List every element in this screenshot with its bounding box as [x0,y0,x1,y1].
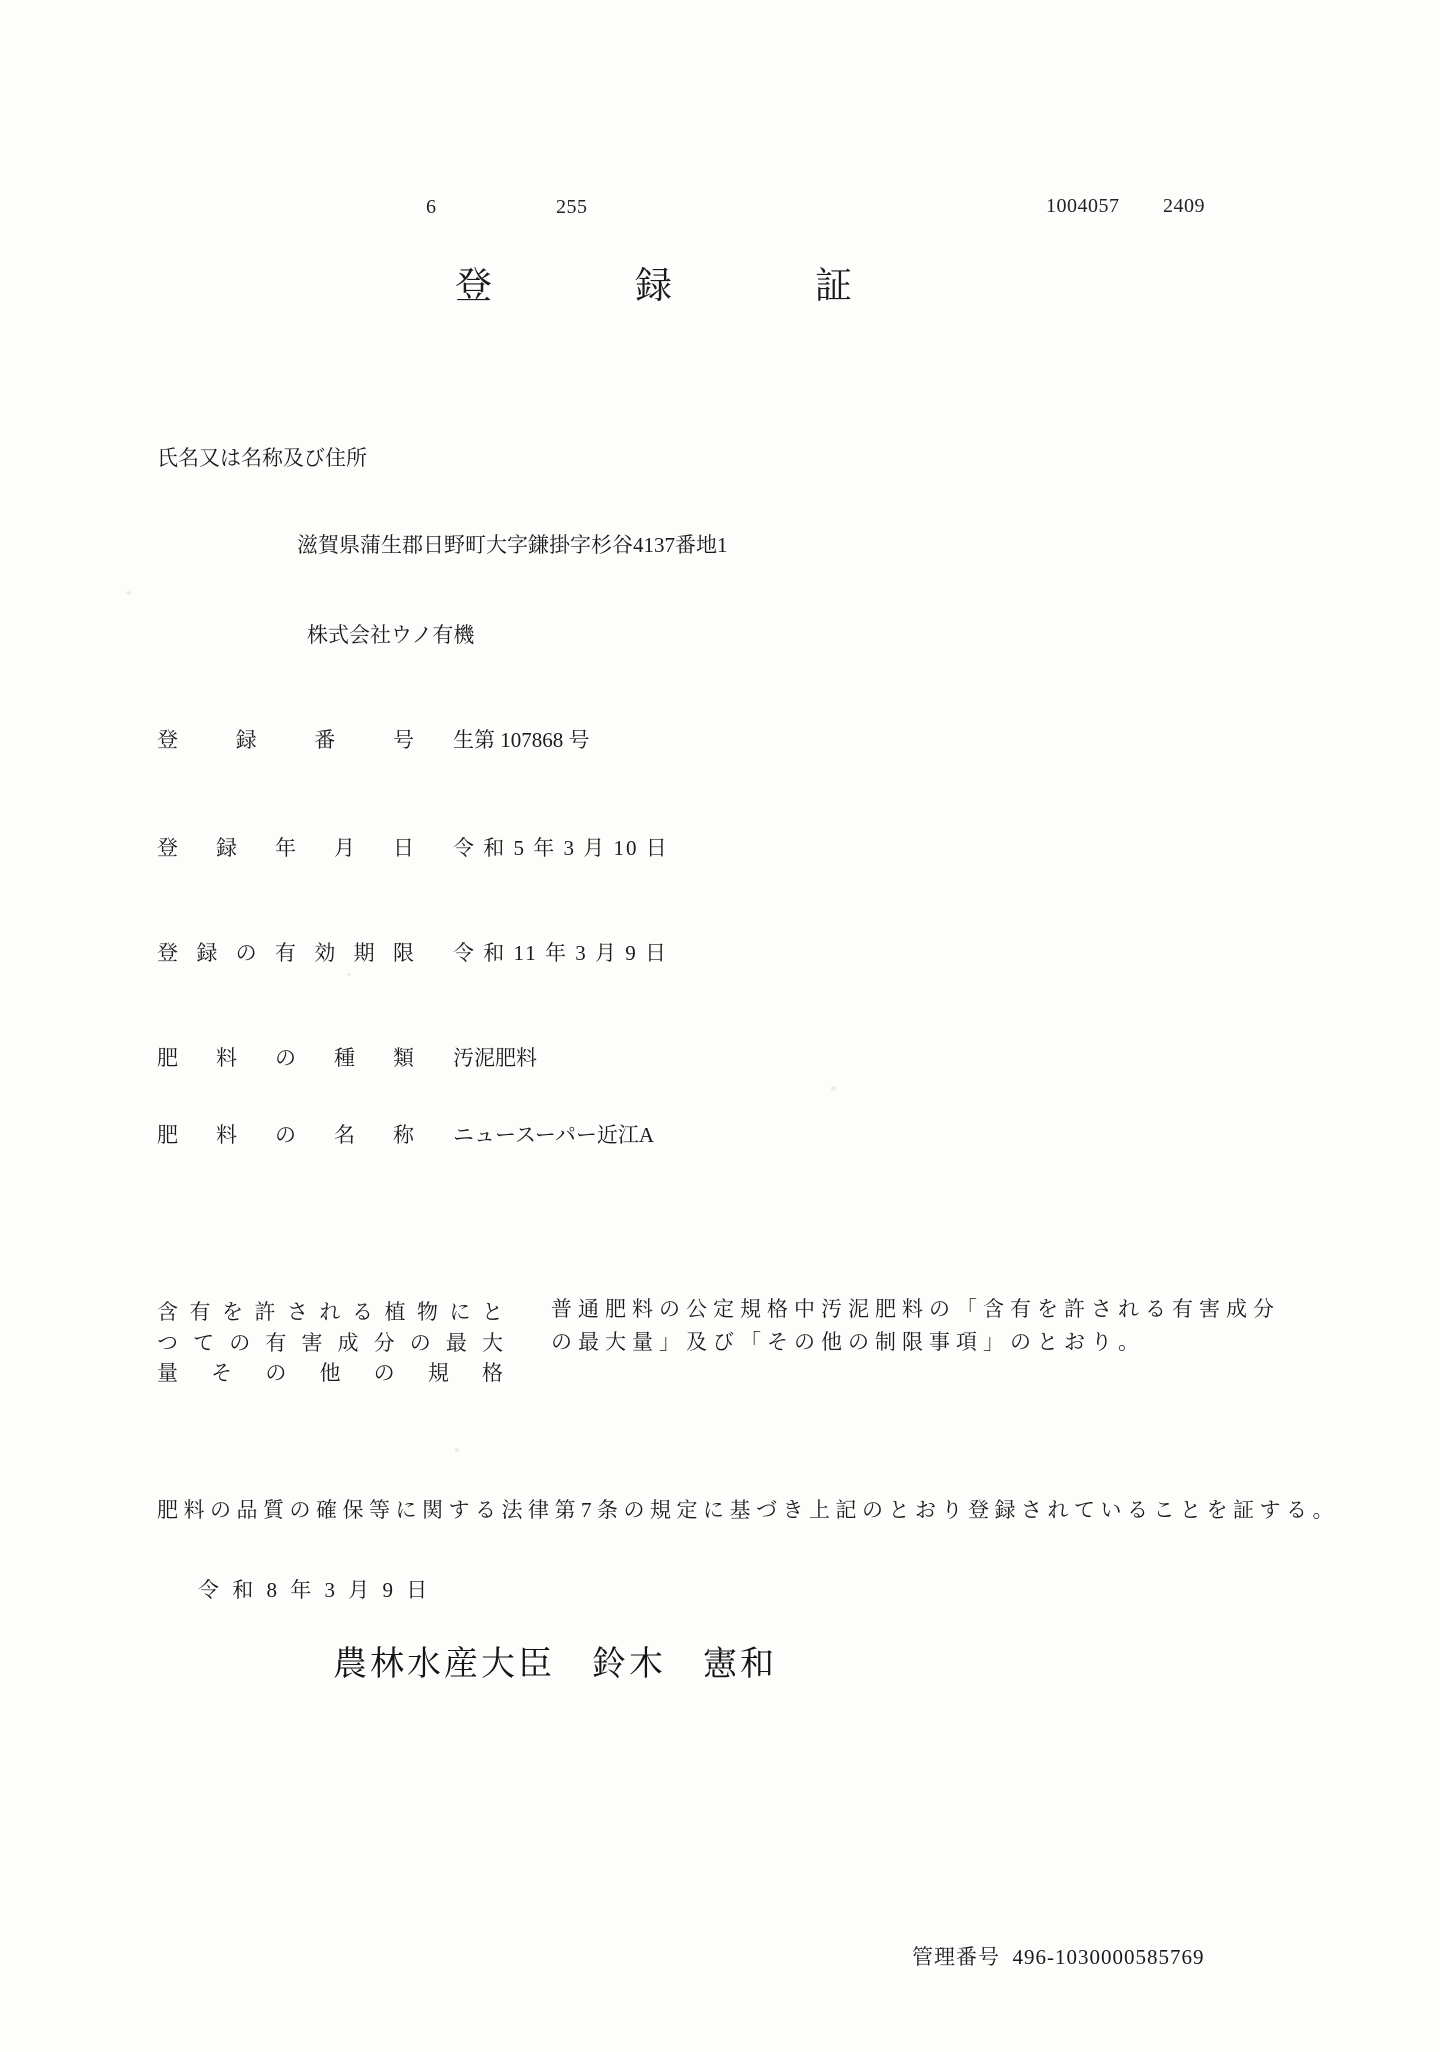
field-row-fertilizer-type: 肥料の種類 汚泥肥料 [157,1044,1397,1072]
management-number: 管理番号 496-1030000585769 [912,1944,1205,1970]
header-number-2: 255 [556,195,588,219]
issue-date: 令 和 8 年 3 月 9 日 [198,1576,431,1604]
title-char-1: 登 [455,263,492,311]
scan-speck [455,1448,459,1452]
field-label: 登録の有効期限 [157,939,414,967]
title-char-2: 録 [635,263,672,311]
header-number-3: 1004057 [1046,194,1120,218]
registration-certificate-page: 6 255 1004057 2409 登 録 証 氏名又は名称及び住所 滋賀県蒲… [0,0,1440,2052]
management-number-label: 管理番号 [912,1945,1000,1969]
minister-signature: 農林水産大臣 鈴木 憲和 [333,1643,777,1687]
scan-speck [831,1086,836,1091]
scan-speck [126,591,131,595]
field-row-registration-date: 登録年月日 令 和 5 年 3 月 10 日 [157,834,1397,862]
spec-text-line: の最大量」及び「その他の制限事項」のとおり。 [551,1326,1351,1359]
field-value: 汚泥肥料 [453,1044,537,1072]
field-label: 肥料の種類 [157,1044,414,1072]
field-row-fertilizer-name: 肥料の名称 ニュースーパー近江A [157,1121,1397,1149]
field-value: ニュースーパー近江A [453,1121,654,1149]
title-char-3: 証 [815,263,852,311]
spec-text: 普通肥料の公定規格中汚泥肥料の「含有を許される有害成分 の最大量」及び「その他の… [551,1293,1351,1358]
header-number-4: 2409 [1163,194,1205,218]
applicant-label: 氏名又は名称及び住所 [157,444,367,472]
management-number-value: 496-1030000585769 [1013,1945,1205,1969]
spec-label-line: 量その他の規格 [157,1358,503,1389]
applicant-address: 滋賀県蒲生郡日野町大字鎌掛字杉谷4137番地1 [297,531,728,559]
field-label: 登録年月日 [157,834,414,862]
field-label: 肥料の名称 [157,1121,414,1149]
spec-label-line: 含有を許される植物にと [157,1297,503,1328]
field-value: 生第 107868 号 [453,726,590,754]
spec-text-line: 普通肥料の公定規格中汚泥肥料の「含有を許される有害成分 [551,1293,1351,1326]
certification-statement: 肥料の品質の確保等に関する法律第7条の規定に基づき上記のとおり登録されていること… [157,1496,1339,1524]
field-value: 令 和 5 年 3 月 10 日 [453,834,669,862]
page-title: 登 録 証 [455,263,852,311]
field-row-registration-number: 登録番号 生第 107868 号 [157,726,1397,754]
field-label: 登録番号 [157,726,414,754]
management-number-spacer [1000,1945,1013,1969]
spec-label: 含有を許される植物にと つての有害成分の最大 量その他の規格 [157,1297,503,1389]
field-row-expiration-date: 登録の有効期限 令 和 11 年 3 月 9 日 [157,939,1397,967]
header-number-1: 6 [426,195,437,219]
field-value: 令 和 11 年 3 月 9 日 [453,939,668,967]
spec-label-line: つての有害成分の最大 [157,1328,503,1359]
scan-speck [347,973,351,976]
applicant-name: 株式会社ウノ有機 [307,621,474,649]
